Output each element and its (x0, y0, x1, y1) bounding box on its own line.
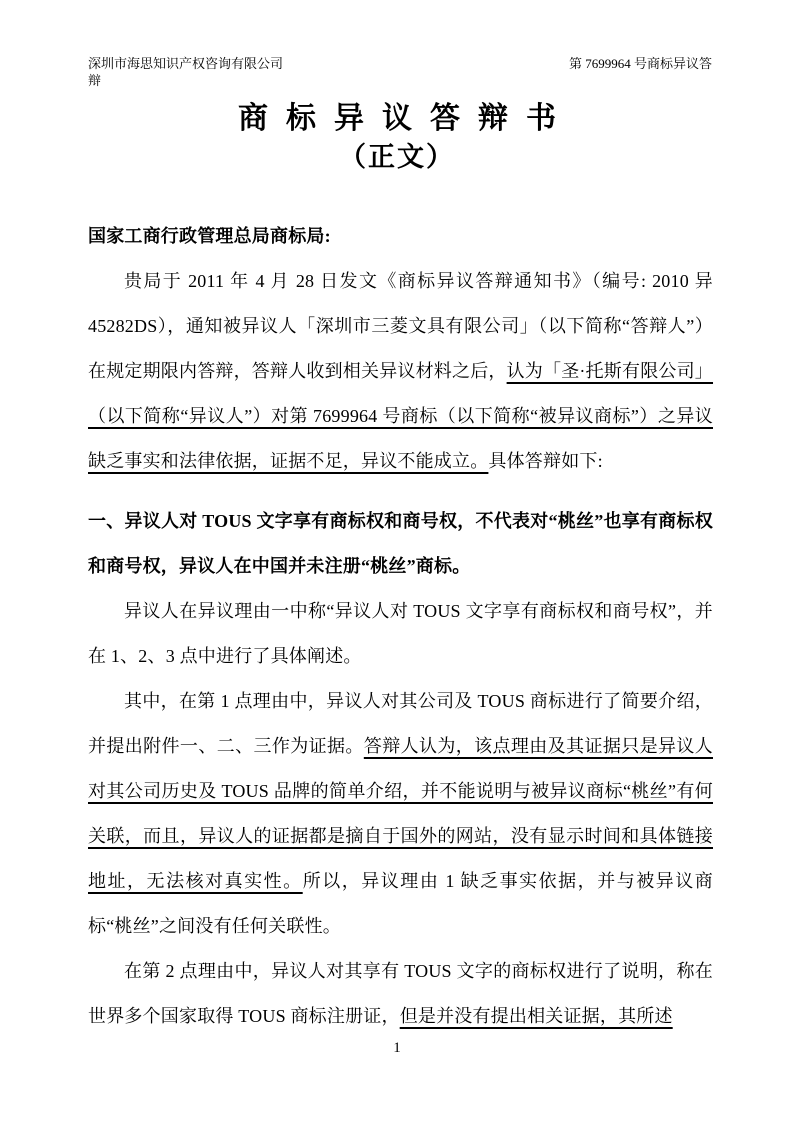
paragraph-1: 贵局于 2011 年 4 月 28 日发文《商标异议答辩通知书》（编号: 201… (88, 259, 713, 484)
page-header: 深圳市海思知识产权咨询有限公司 第 7699964 号商标异议答 辩 (88, 55, 712, 89)
paragraph-4-run-underline-1: 但是并没有提出相关证据，其所述 (400, 1006, 673, 1026)
document-title: 商标异议答辩书 (9, 93, 794, 137)
paragraph-2: 异议人在异议理由一中称“异议人对 TOUS 文字享有商标权和商号权”，并在 1、… (88, 589, 713, 679)
paragraph-3-run-underline-1: 答辩人认为，该点理由及其证据只是异议人对其公司历史及 TOUS 品牌的简单介绍，… (88, 736, 713, 891)
paragraph-3: 其中，在第 1 点理由中，异议人对其公司及 TOUS 商标进行了简要介绍，并提出… (88, 679, 713, 949)
document-body: 国家工商行政管理总局商标局: 贵局于 2011 年 4 月 28 日发文《商标异… (88, 214, 713, 1039)
header-company-name: 深圳市海思知识产权咨询有限公司 (88, 55, 283, 72)
header-line-1: 深圳市海思知识产权咨询有限公司 第 7699964 号商标异议答 (88, 55, 712, 72)
header-case-reference: 第 7699964 号商标异议答 (569, 55, 712, 72)
paragraph-1-run-normal-2: 具体答辩如下: (488, 451, 602, 471)
document-subtitle: （正文） (0, 135, 794, 174)
paragraph-4: 在第 2 点理由中，异议人对其享有 TOUS 文字的商标权进行了说明，称在世界多… (88, 949, 713, 1039)
document-title-text: 商标异议答辩书 (238, 102, 574, 135)
salutation: 国家工商行政管理总局商标局: (88, 214, 713, 259)
header-case-reference-wrap: 辩 (88, 73, 101, 88)
page-number: 1 (0, 1038, 794, 1058)
document-page: 深圳市海思知识产权咨询有限公司 第 7699964 号商标异议答 辩 商标异议答… (0, 0, 794, 1123)
section-heading-1: 一、异议人对 TOUS 文字享有商标权和商号权，不代表对“桃丝”也享有商标权和商… (88, 499, 713, 589)
header-line-2: 辩 (88, 72, 712, 89)
